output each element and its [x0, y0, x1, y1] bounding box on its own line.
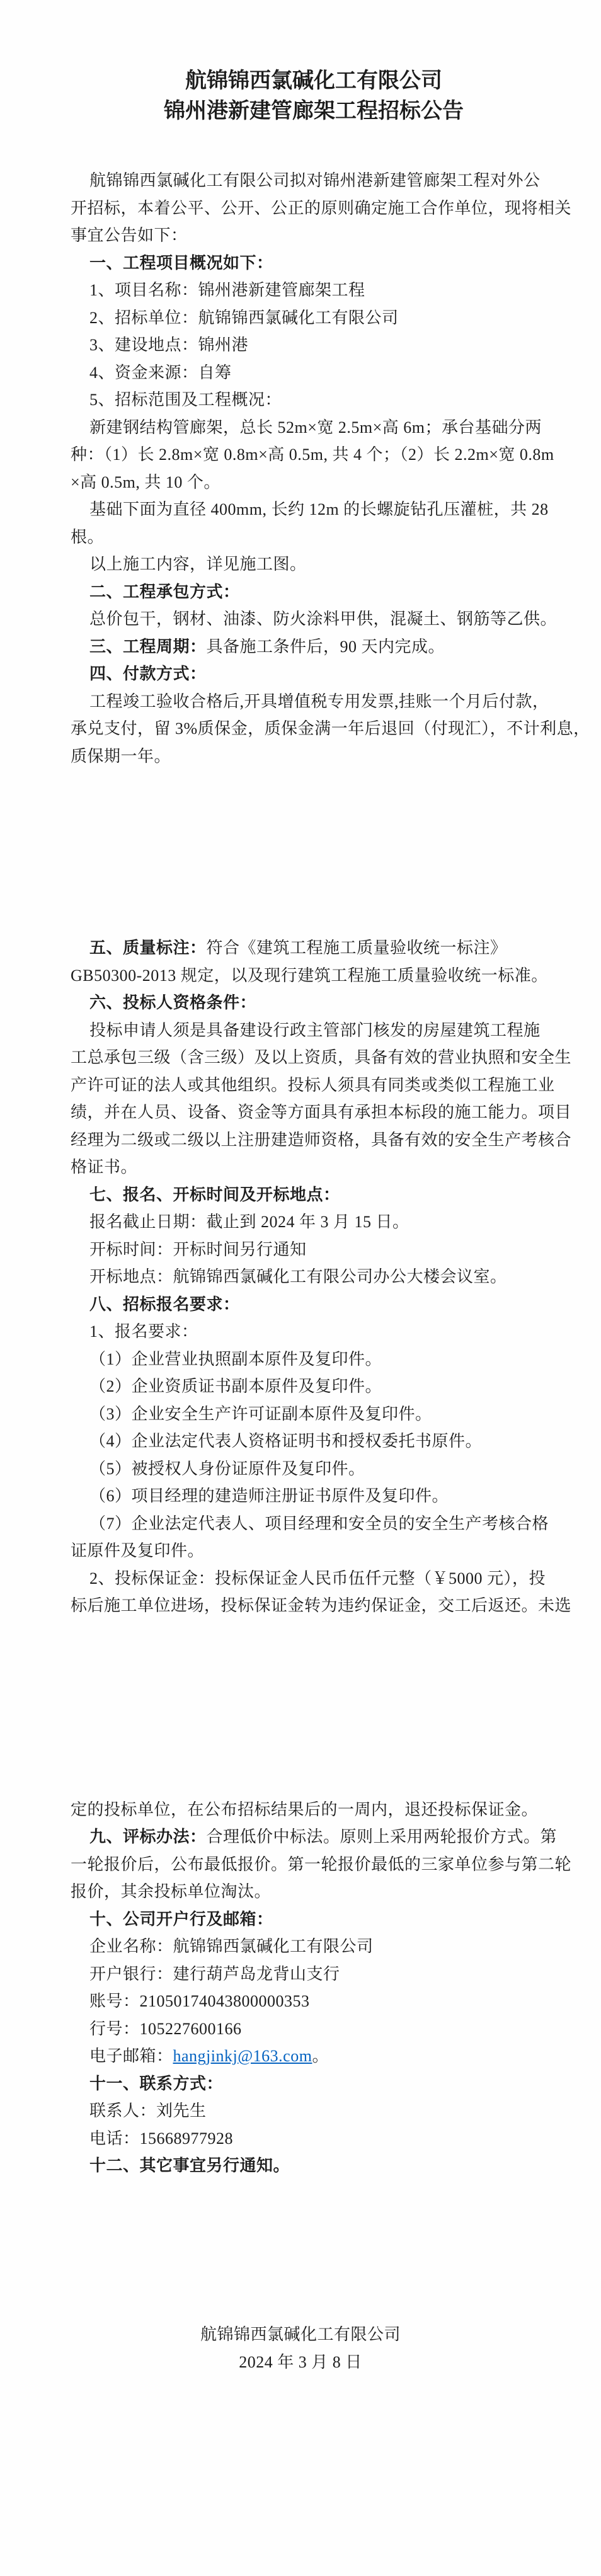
bold-text: 八、招标报名要求：: [89, 1295, 240, 1314]
doc-line: 承兑支付，留 3%质保金，质保金满一年后退回（付现汇），不计利息，: [71, 715, 557, 743]
section-5-heading: 五、质量标注：符合《建筑工程施工质量验收统一标注》: [71, 934, 557, 962]
text: （7）企业法定代表人、项目经理和安全员的安全生产考核合格: [89, 1514, 549, 1533]
doc-line: （7）企业法定代表人、项目经理和安全员的安全生产考核合格: [71, 1510, 557, 1538]
document-title-project: 锦州港新建管廊架工程招标公告: [71, 96, 557, 127]
text: 一轮报价后，公布最低报价。第一轮报价最低的三家单位参与第二轮: [71, 1855, 571, 1874]
text: 企业名称：航锦锦西氯碱化工有限公司: [89, 1937, 374, 1955]
document-footer: 航锦锦西氯碱化工有限公司 2024 年 3 月 8 日: [0, 2321, 601, 2376]
section-8-heading: 八、招标报名要求：: [71, 1291, 557, 1319]
doc-line: GB50300-2013 规定，以及现行建筑工程施工质量验收统一标准。: [71, 962, 557, 990]
text: 质保期一年。: [71, 747, 171, 765]
bid-opening-time: 开标时间：开标时间另行通知: [71, 1236, 557, 1264]
doc-line: 产许可证的法人或其他组织。投标人须具有同类或类似工程施工业: [71, 1072, 557, 1099]
text: 新建钢结构管廊架，总长 52m×宽 2.5m×高 6m；承台基础分两: [89, 418, 542, 437]
doc-line: 经理为二级或二级以上注册建造师资格，具备有效的安全生产考核合: [71, 1126, 557, 1154]
title-spacer: [71, 127, 557, 167]
text: 经理为二级或二级以上注册建造师资格，具备有效的安全生产考核合: [71, 1131, 571, 1149]
doc-line: 开招标，本着公平、公开、公正的原则确定施工合作单位，现将相关: [71, 195, 557, 222]
section-9-heading: 九、评标办法：合理低价中标法。原则上采用两轮报价方式。第: [71, 1823, 557, 1851]
doc-line: 3、建设地点：锦州港: [71, 331, 557, 359]
doc-line: 质保期一年。: [71, 743, 557, 770]
bold-text: 一、工程项目概况如下：: [89, 254, 273, 272]
text: 开招标，本着公平、公开、公正的原则确定施工合作单位，现将相关: [71, 199, 571, 217]
text: 事宜公告如下：: [71, 226, 188, 244]
text: 工程竣工验收合格后,开具增值税专用发票,挂账一个月后付款，: [89, 692, 549, 711]
section-7-heading: 七、报名、开标时间及开标地点：: [71, 1181, 557, 1209]
text: 行号：105227600166: [89, 2020, 242, 2038]
bold-text: 十一、联系方式：: [89, 2075, 223, 2093]
bold-text: 五、质量标注：: [89, 939, 207, 957]
doc-line: 报价，其余投标单位淘汰。: [71, 1878, 557, 1906]
text: 具备施工条件后，90 天内完成。: [207, 638, 445, 656]
text: 开标时间：开标时间另行通知: [89, 1240, 307, 1259]
doc-line: 事宜公告如下：: [71, 222, 557, 249]
doc-line: 种：（1）长 2.8m×宽 0.8m×高 0.5m, 共 4 个；（2）长 2.…: [71, 441, 557, 469]
text: 投标申请人须是具备建设行政主管部门核发的房屋建筑工程施: [89, 1021, 541, 1039]
doc-line: 1、项目名称：锦州港新建管廊架工程: [71, 277, 557, 304]
company-name: 企业名称：航锦锦西氯碱化工有限公司: [71, 1933, 557, 1961]
text: GB50300-2013 规定，以及现行建筑工程施工质量验收统一标准。: [71, 966, 548, 985]
doc-line: 2、招标单位：航锦锦西氯碱化工有限公司: [71, 304, 557, 332]
bold-text: 十、公司开户行及邮箱：: [89, 1910, 273, 1928]
text: 2、投标保证金：投标保证金人民币伍仟元整（￥5000 元），投: [89, 1569, 546, 1588]
doc-line: 投标申请人须是具备建设行政主管部门核发的房屋建筑工程施: [71, 1017, 557, 1045]
bold-text: 二、工程承包方式：: [89, 583, 240, 601]
section-6-heading: 六、投标人资格条件：: [71, 989, 557, 1017]
contact-person: 联系人：刘先生: [71, 2097, 557, 2125]
bold-text: 九、评标办法：: [89, 1828, 207, 1846]
text: 标后施工单位进场，投标保证金转为违约保证金，交工后返还。未选: [71, 1596, 571, 1615]
text: 报名截止日期：截止到 2024 年 3 月 15 日。: [89, 1213, 409, 1231]
bold-text: 十二、其它事宜另行通知。: [89, 2156, 290, 2175]
signup-deadline: 报名截止日期：截止到 2024 年 3 月 15 日。: [71, 1208, 557, 1236]
doc-line: （1）企业营业执照副本原件及复印件。: [71, 1346, 557, 1373]
doc-line: 航锦锦西氯碱化工有限公司拟对锦州港新建管廊架工程对外公: [71, 167, 557, 195]
page-break-gap: [71, 770, 557, 934]
doc-line: 工总承包三级（含三级）及以上资质，具备有效的营业执照和安全生: [71, 1044, 557, 1072]
doc-line: （2）企业资质证书副本原件及复印件。: [71, 1373, 557, 1400]
doc-line: （4）企业法定代表人资格证明书和授权委托书原件。: [71, 1428, 557, 1455]
doc-line: 绩，并在人员、设备、资金等方面具有承担本标段的施工能力。项目: [71, 1099, 557, 1126]
section-10-heading: 十、公司开户行及邮箱：: [71, 1906, 557, 1933]
text: 产许可证的法人或其他组织。投标人须具有同类或类似工程施工业: [71, 1076, 555, 1094]
text: 总价包干，钢材、油漆、防火涂料甲供，混凝土、钢筋等乙供。: [89, 610, 557, 628]
text: 联系人：刘先生: [89, 2102, 207, 2120]
text: 绩，并在人员、设备、资金等方面具有承担本标段的施工能力。项目: [71, 1103, 571, 1121]
doc-line: 总价包干，钢材、油漆、防火涂料甲供，混凝土、钢筋等乙供。: [71, 605, 557, 633]
text: （2）企业资质证书副本原件及复印件。: [89, 1377, 382, 1395]
section-1-heading: 一、工程项目概况如下：: [71, 249, 557, 277]
email-link[interactable]: hangjinkj@163.com: [173, 2047, 312, 2065]
bold-text: 六、投标人资格条件：: [89, 993, 256, 1012]
document-body: 航锦锦西氯碱化工有限公司拟对锦州港新建管廊架工程对外公开招标，本着公平、公开、公…: [71, 167, 557, 2180]
text: 电子邮箱：: [89, 2047, 173, 2065]
doc-line: （3）企业安全生产许可证副本原件及复印件。: [71, 1400, 557, 1428]
bold-text: 四、付款方式：: [89, 665, 207, 683]
doc-line: 4、资金来源：自筹: [71, 359, 557, 387]
doc-line: 1、报名要求：: [71, 1318, 557, 1346]
doc-line: 以上施工内容，详见施工图。: [71, 551, 557, 578]
text: 基础下面为直径 400mm, 长约 12m 的长螺旋钻孔压灌桩，共 28: [89, 500, 549, 518]
text: 承兑支付，留 3%质保金，质保金满一年后退回（付现汇），不计利息，: [71, 719, 590, 738]
doc-line: （6）项目经理的建造师注册证书原件及复印件。: [71, 1482, 557, 1510]
doc-line: 一轮报价后，公布最低报价。第一轮报价最低的三家单位参与第二轮: [71, 1851, 557, 1879]
text: 账号：21050174043800000353: [89, 1992, 310, 2010]
text: 以上施工内容，详见施工图。: [89, 555, 307, 573]
doc-line: 定的投标单位，在公布招标结果后的一周内，退还投标保证金。: [71, 1796, 557, 1824]
doc-line: 证原件及复印件。: [71, 1537, 557, 1565]
doc-line: 基础下面为直径 400mm, 长约 12m 的长螺旋钻孔压灌桩，共 28: [71, 496, 557, 524]
text: 符合《建筑工程施工质量验收统一标注》: [207, 939, 507, 957]
text: 报价，其余投标单位淘汰。: [71, 1882, 271, 1901]
text: 开标地点：航锦锦西氯碱化工有限公司办公大楼会议室。: [89, 1268, 507, 1286]
doc-line: 2、投标保证金：投标保证金人民币伍仟元整（￥5000 元），投: [71, 1565, 557, 1593]
text: ×高 0.5m, 共 10 个。: [71, 473, 220, 491]
text: （3）企业安全生产许可证副本原件及复印件。: [89, 1405, 432, 1423]
section-4-heading: 四、付款方式：: [71, 660, 557, 688]
bold-text: 七、报名、开标时间及开标地点：: [89, 1186, 340, 1204]
text: 1、项目名称：锦州港新建管廊架工程: [89, 281, 365, 299]
text: （4）企业法定代表人资格证明书和授权委托书原件。: [89, 1432, 482, 1450]
bold-text: 三、工程周期：: [89, 638, 207, 656]
text: 。: [312, 2047, 329, 2065]
text: 证原件及复印件。: [71, 1542, 204, 1560]
doc-line: ×高 0.5m, 共 10 个。: [71, 469, 557, 496]
text: （6）项目经理的建造师注册证书原件及复印件。: [89, 1487, 449, 1505]
text: （5）被授权人身份证原件及复印件。: [89, 1460, 365, 1478]
contact-phone: 电话：15668977928: [71, 2125, 557, 2153]
text: 航锦锦西氯碱化工有限公司拟对锦州港新建管廊架工程对外公: [89, 171, 541, 190]
text: （1）企业营业执照副本原件及复印件。: [89, 1350, 382, 1368]
doc-line: 工程竣工验收合格后,开具增值税专用发票,挂账一个月后付款，: [71, 688, 557, 716]
text: 工总承包三级（含三级）及以上资质，具备有效的营业执照和安全生: [71, 1048, 571, 1067]
page-break-gap: [71, 1620, 557, 1796]
section-2-heading: 二、工程承包方式：: [71, 578, 557, 606]
footer-company-name: 航锦锦西氯碱化工有限公司: [0, 2321, 601, 2349]
account-number: 账号：21050174043800000353: [71, 1988, 557, 2015]
doc-line: 5、招标范围及工程概况：: [71, 386, 557, 414]
text: 3、建设地点：锦州港: [89, 336, 248, 354]
bank-name: 开户银行：建行葫芦岛龙背山支行: [71, 1961, 557, 1988]
text: 4、资金来源：自筹: [89, 364, 232, 382]
footer-date: 2024 年 3 月 8 日: [0, 2349, 601, 2376]
document-content: 航锦锦西氯碱化工有限公司 锦州港新建管廊架工程招标公告 航锦锦西氯碱化工有限公司…: [0, 0, 601, 2180]
text: 5、招标范围及工程概况：: [89, 391, 282, 409]
text: 种：（1）长 2.8m×宽 0.8m×高 0.5m, 共 4 个；（2）长 2.…: [71, 445, 554, 464]
text: 开户银行：建行葫芦岛龙背山支行: [89, 1965, 340, 1983]
text: 1、报名要求：: [89, 1322, 198, 1341]
doc-line: 新建钢结构管廊架，总长 52m×宽 2.5m×高 6m；承台基础分两: [71, 414, 557, 442]
bid-opening-place: 开标地点：航锦锦西氯碱化工有限公司办公大楼会议室。: [71, 1263, 557, 1291]
doc-line: 格证书。: [71, 1153, 557, 1181]
section-12-heading: 十二、其它事宜另行通知。: [71, 2152, 557, 2180]
document-title-company: 航锦锦西氯碱化工有限公司: [71, 66, 557, 96]
section-11-heading: 十一、联系方式：: [71, 2070, 557, 2098]
text: 定的投标单位，在公布招标结果后的一周内，退还投标保证金。: [71, 1800, 538, 1819]
email-line: 电子邮箱：hangjinkj@163.com。: [71, 2042, 557, 2070]
document-page: 航锦锦西氯碱化工有限公司 锦州港新建管廊架工程招标公告 航锦锦西氯碱化工有限公司…: [0, 0, 601, 2576]
text: 合理低价中标法。原则上采用两轮报价方式。第: [207, 1828, 558, 1846]
section-3-heading: 三、工程周期：具备施工条件后，90 天内完成。: [71, 633, 557, 661]
text: 根。: [71, 528, 104, 546]
bank-number: 行号：105227600166: [71, 2015, 557, 2043]
doc-line: （5）被授权人身份证原件及复印件。: [71, 1455, 557, 1483]
text: 电话：15668977928: [89, 2129, 233, 2148]
doc-line: 标后施工单位进场，投标保证金转为违约保证金，交工后返还。未选: [71, 1592, 557, 1620]
doc-line: 根。: [71, 524, 557, 551]
text: 2、招标单位：航锦锦西氯碱化工有限公司: [89, 309, 399, 327]
text: 格证书。: [71, 1158, 137, 1176]
